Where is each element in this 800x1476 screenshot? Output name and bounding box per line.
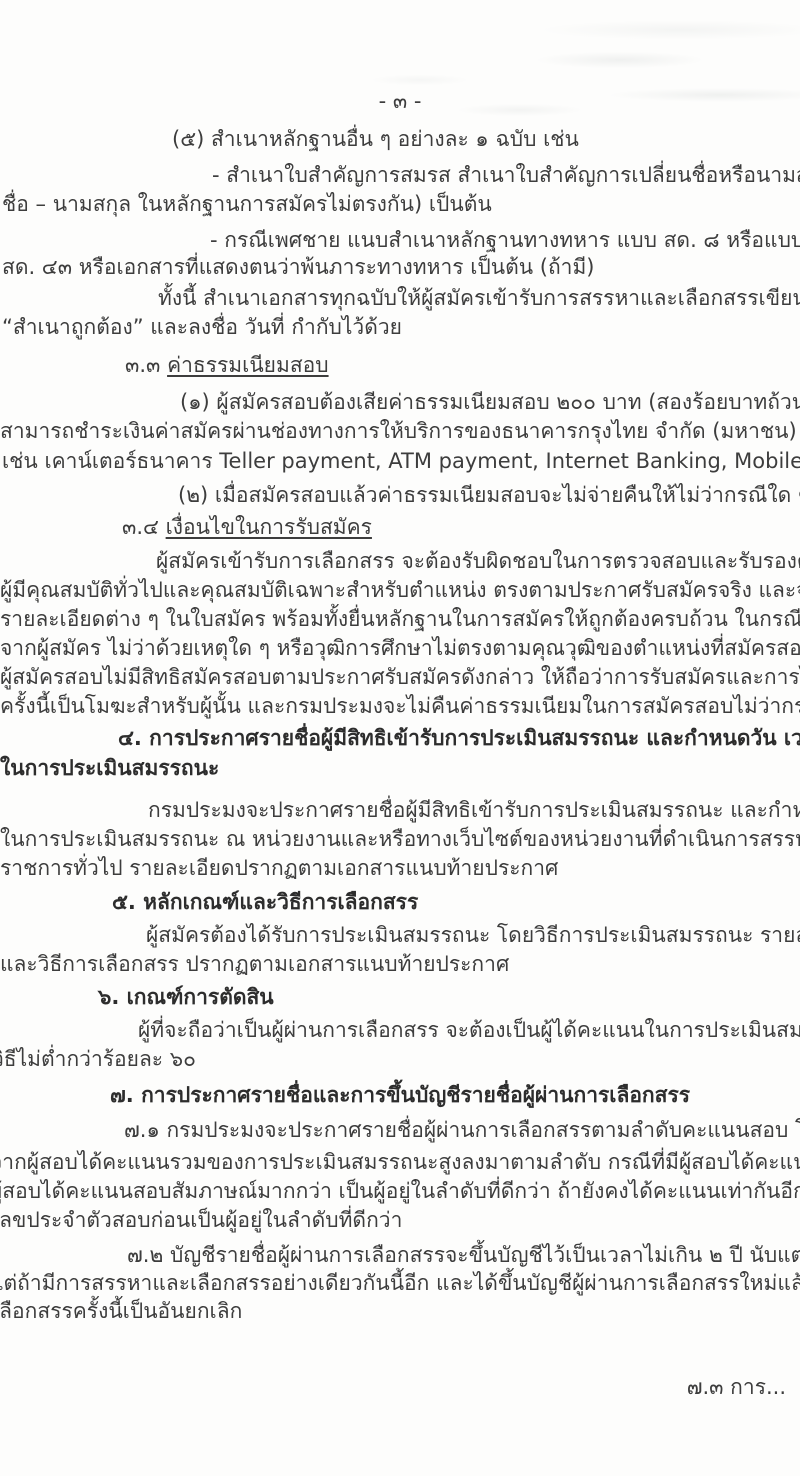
heading-5: ๕. หลักเกณฑ์และวิธีการเลือกสรร <box>112 887 418 917</box>
doc-line-conditions-2: ผู้มีคุณสมบัติทั่วไปและคุณสมบัติเฉพาะสำห… <box>0 575 800 605</box>
doc-line-judging-2: วิธีไม่ต่ำกว่าร้อยละ ๖๐ <box>0 1044 196 1074</box>
doc-line-7-1-a: ๗.๑ กรมประมงจะประกาศรายชื่อผู้ผ่านการเลื… <box>124 1115 800 1145</box>
doc-line-evidence-other: (๕) สำเนาหลักฐานอื่น ๆ อย่างละ ๑ ฉบับ เช… <box>172 124 579 154</box>
doc-line-fee-no-refund: (๒) เมื่อสมัครสอบแล้วค่าธรรมเนียมสอบจะไม… <box>178 480 800 510</box>
doc-line-conditions-4: จากผู้สมัคร ไม่ว่าด้วยเหตุใด ๆ หรือวุฒิก… <box>0 633 800 663</box>
heading-3-3: ๓.๓ ค่าธรรมเนียมสอบ <box>125 350 329 380</box>
doc-line-conditions-1: ผู้สมัครเข้ารับการเลือกสรร จะต้องรับผิดช… <box>156 546 800 576</box>
doc-line-announce-2: ในการประเมินสมรรถนะ ณ หน่วยงานและหรือทาง… <box>0 824 800 854</box>
doc-line-military-doc-2: สด. ๔๓ หรือเอกสารที่แสดงตนว่าพ้นภาระทางท… <box>2 252 595 282</box>
heading-7: ๗. การประกาศรายชื่อและการขึ้นบัญชีรายชื่… <box>110 1080 690 1110</box>
doc-line-conditions-5: ผู้สมัครสอบไม่มีสิทธิสมัครสอบตามประกาศรั… <box>0 662 800 692</box>
doc-line-judging-1: ผู้ที่จะถือว่าเป็นผู้ผ่านการเลือกสรร จะต… <box>138 1015 800 1045</box>
doc-line-7-1-c: ผู้สอบได้คะแนนสอบสัมภาษณ์มากกว่า เป็นผู้… <box>0 1176 800 1206</box>
doc-line-fee-channels: เช่น เคาน์เตอร์ธนาคาร Teller payment, AT… <box>2 446 800 476</box>
doc-line-marriage-cert: - สำเนาใบสำคัญการสมรส สำเนาใบสำคัญการเปล… <box>212 160 800 190</box>
heading-3-3-title: ค่าธรรมเนียมสอบ <box>167 353 329 377</box>
doc-line-criteria-1: ผู้สมัครต้องได้รับการประเมินสมรรถนะ โดยว… <box>146 920 800 950</box>
heading-3-4-title: เงื่อนไขในการรับสมัคร <box>166 515 372 539</box>
page-continuation-marker: ๗.๓ การ... <box>687 1372 786 1402</box>
doc-line-fee-2: สามารถชำระเงินค่าสมัครผ่านช่องทางการให้บ… <box>0 416 800 446</box>
doc-line-7-2-b: แต่ถ้ามีการสรรหาและเลือกสรรอย่างเดียวกัน… <box>0 1268 800 1298</box>
heading-6: ๖. เกณฑ์การตัดสิน <box>98 982 274 1012</box>
heading-4-continued: ในการประเมินสมรรถนะ <box>0 753 219 783</box>
doc-line-announce-1: กรมประมงจะประกาศรายชื่อผู้มีสิทธิเข้ารับ… <box>148 795 800 825</box>
heading-3-4: ๓.๔ เงื่อนไขในการรับสมัคร <box>122 512 372 542</box>
doc-line-7-1-d: เลขประจำตัวสอบก่อนเป็นผู้อยู่ในลำดับที่ด… <box>0 1205 402 1235</box>
doc-line-announce-3: ราชการทั่วไป รายละเอียดปรากฏตามเอกสารแนบ… <box>0 853 558 883</box>
doc-line-criteria-2: และวิธีการเลือกสรร ปรากฏตามเอกสารแนบท้าย… <box>0 949 509 979</box>
page-number: - ๓ - <box>379 86 422 116</box>
doc-line-7-2-a: ๗.๒ บัญชีรายชื่อผู้ผ่านการเลือกสรรจะขึ้น… <box>127 1240 800 1270</box>
doc-line-conditions-6: ครั้งนี้เป็นโมฆะสำหรับผู้นั้น และกรมประม… <box>0 691 800 721</box>
doc-line-certify-copy-2: “สำเนาถูกต้อง” และลงชื่อ วันที่ กำกับไว้… <box>2 312 402 342</box>
heading-3-4-number: ๓.๔ <box>122 515 159 539</box>
scanned-document-page: - ๓ - (๕) สำเนาหลักฐานอื่น ๆ อย่างละ ๑ ฉ… <box>0 0 800 1476</box>
doc-line-fee-1: (๑) ผู้สมัครสอบต้องเสียค่าธรรมเนียมสอบ ๒… <box>180 387 800 417</box>
doc-line-military-doc: - กรณีเพศชาย แนบสำเนาหลักฐานทางทหาร แบบ … <box>210 225 800 255</box>
heading-3-3-number: ๓.๓ <box>125 353 160 377</box>
heading-4: ๔. การประกาศรายชื่อผู้มีสิทธิเข้ารับการป… <box>118 723 800 753</box>
doc-line-7-2-c: เลือกสรรครั้งนี้เป็นอันยกเลิก <box>0 1296 242 1326</box>
doc-line-conditions-3: รายละเอียดต่าง ๆ ในใบสมัคร พร้อมทั้งยื่น… <box>0 604 800 634</box>
doc-line-7-1-b: จากผู้สอบได้คะแนนรวมของการประเมินสมรรถนะ… <box>0 1147 800 1177</box>
doc-line-certify-copy: ทั้งนี้ สำเนาเอกสารทุกฉบับให้ผู้สมัครเข้… <box>158 283 800 313</box>
doc-line-name-mismatch: ชื่อ – นามสกุล ในหลักฐานการสมัครไม่ตรงกั… <box>2 189 492 219</box>
